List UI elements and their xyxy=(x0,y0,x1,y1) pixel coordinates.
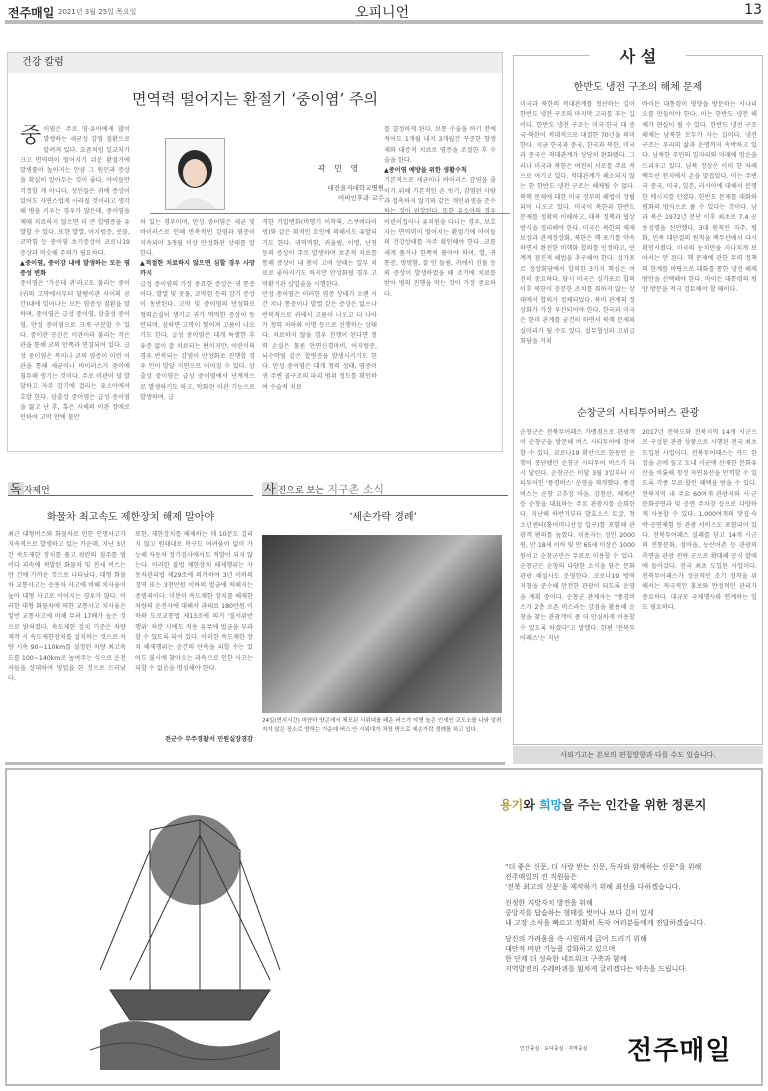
ad-paragraph-3: 당신의 가려움을 속 시원하게 긁어 드리기 위해 대안적 비판 기능을 강화하… xyxy=(505,934,755,974)
health-column-label: 건강 칼럼 xyxy=(8,53,502,73)
ad-slogan: 용기와 희망을 주는 인간을 위한 정론지 xyxy=(500,796,706,813)
reader-column-title[interactable]: 화물차 최고속도 제한장치 해제 말아야 xyxy=(8,508,253,523)
reader-column-col2: 또한, 제한장치를 해제하는 데 10분도 걸리지 않고 원래대로 복구도 어려… xyxy=(135,530,253,735)
ad-body: “더 좋은 신문, 더 사랑 받는 신문, 독자와 함께하는 신문”을 위해 전… xyxy=(505,862,755,980)
editorial-title-2[interactable]: 순창군의 시티투어버스 관광 xyxy=(513,404,763,419)
photo-news-rule xyxy=(262,495,508,496)
editorial-1-col2: 바이든 대통령이 평양을 방문하는 시나리오를 만들어야 한다. 이는 한반도 … xyxy=(642,100,757,400)
newspaper-logo: 전주매일 xyxy=(627,1030,731,1067)
author-photo xyxy=(165,138,225,210)
subheading: ▲중이염 예방을 위한 생활수칙 xyxy=(384,166,496,176)
photo-caption: 24일(현지시간) 미얀마 양곤에서 체포된 시위대를 태운 버스가 악명 높은… xyxy=(262,717,502,735)
page-number: 13 xyxy=(744,2,762,18)
photo-news-title[interactable]: ‘세손가락 경례’ xyxy=(258,508,508,523)
ad-tagline: 인간중심 · 도덕중심 · 지역중심 xyxy=(520,1045,588,1052)
issue-date: 2021년 3월 25일 목요일 xyxy=(58,7,136,17)
subheading: ▲적절한 치료하지 않으면 심할 경우 사망까지 xyxy=(140,259,255,280)
reader-column-byline: 전군수 무주경찰서 민원실장경감 xyxy=(135,735,253,745)
masthead-brand: 전주매일 xyxy=(8,4,54,21)
ad-paragraph-1: “더 좋은 신문, 더 사랑 받는 신문, 독자와 함께하는 신문”을 위해 전… xyxy=(505,862,755,892)
section-title: 오피니언 xyxy=(355,2,409,22)
editorial-title-1[interactable]: 한반도 냉전 구조의 해체 문제 xyxy=(513,78,763,93)
reader-column-col1: 최근 대형버스와 화물차로 인한 인명사고가 지속적으로 발생하고 있는 가운데… xyxy=(8,530,126,745)
health-column-col2: 차 있는 경우이며, 만성 중이염은 세균 및 바이러스로 인해 반복적인 감염… xyxy=(140,218,255,446)
news-photo[interactable] xyxy=(262,535,502,713)
health-column-col3: 격한 기압변화(비행기 이착륙, 스쿠버다이빙)와 같은 외적인 요인에 의해서… xyxy=(262,218,377,446)
sailing-ship-illustration xyxy=(90,790,290,1070)
health-column-col4: 를 결정하게 된다. 보통 수술을 하기 전에 적어도 1개월 내지 3개월간 … xyxy=(384,125,496,445)
health-column-title[interactable]: 면역력 떨어지는 환절기 ‘중이염’ 주의 xyxy=(8,88,502,109)
editorial-label: 사 설 xyxy=(590,44,686,67)
editorial-disclaimer: 사외기고는 본보의 편집방향과 다를 수도 있습니다. xyxy=(513,746,763,764)
author-name: 곽 민 영 xyxy=(318,163,361,174)
ad-paragraph-2: 진정한 지방자치 발전을 위해 중앙지를 답습하는 형태를 벗어나 보다 깊이 … xyxy=(505,898,755,928)
editorial-2-col2: 2017년 전북도와 전북지역 14개 시군으로 구성된 관광 상품으로 시행된… xyxy=(642,428,757,740)
reader-column-rule xyxy=(8,495,253,496)
subheading: ▲중이염, 중이강 내에 발생하는 모든 염증성 변화 xyxy=(20,259,130,280)
dropcap: 중 xyxy=(20,125,41,147)
header-divider xyxy=(5,20,763,24)
health-column-col1: 중 이염은 주로 영·유아에게 많이 발생하는 세균성 감염 질환으로 알려져 … xyxy=(20,125,130,445)
editorial-1-col1: 미국과 북한의 적대관계를 청산하는 길이 한반도 냉전 구조의 마지막 고리를… xyxy=(520,100,635,400)
editorial-2-col1: 순창군은 전북투어패스 가맹점으로 관광객이 순창군을 방문해 버스 시티투어에… xyxy=(520,428,635,740)
author-affiliation: 대전을지대학교병원 이비인후과 교수 xyxy=(300,183,384,203)
section-divider xyxy=(5,762,505,765)
